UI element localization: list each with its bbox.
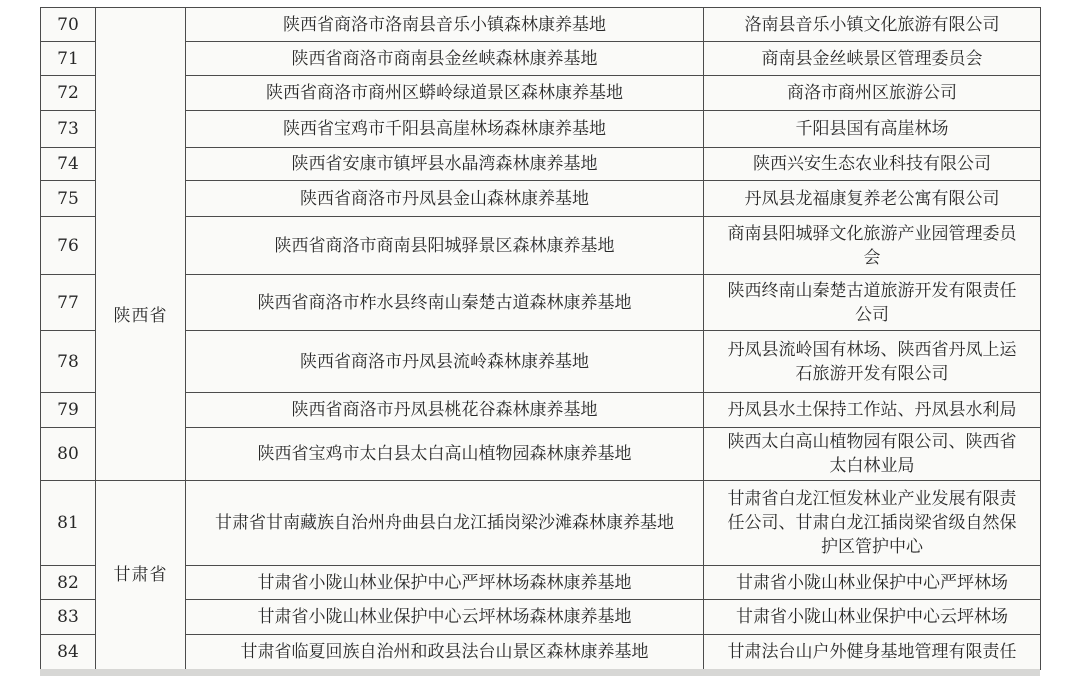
base-name-cell: 陕西省商洛市柞水县终南山秦楚古道森林康养基地 [186, 275, 704, 331]
row-number-cell: 77 [41, 275, 96, 331]
operator-cell: 甘肃省小陇山林业保护中心云坪林场 [704, 600, 1041, 635]
base-name-cell: 甘肃省临夏回族自治州和政县法台山景区森林康养基地 [186, 635, 704, 670]
table-row: 80陕西省宝鸡市太白县太白高山植物园森林康养基地陕西太白高山植物园有限公司、陕西… [41, 428, 1041, 481]
row-number-cell: 73 [41, 111, 96, 148]
base-name-cell: 陕西省商洛市丹凤县流岭森林康养基地 [186, 331, 704, 393]
table-row: 71陕西省商洛市商南县金丝峡森林康养基地商南县金丝峡景区管理委员会 [41, 42, 1041, 76]
operator-cell: 洛南县音乐小镇文化旅游有限公司 [704, 8, 1041, 42]
document-page: 70陕西省陕西省商洛市洛南县音乐小镇森林康养基地洛南县音乐小镇文化旅游有限公司7… [0, 0, 1080, 676]
operator-cell: 商洛市商州区旅游公司 [704, 76, 1041, 111]
base-name-cell: 陕西省商洛市商州区蟒岭绿道景区森林康养基地 [186, 76, 704, 111]
operator-cell: 陕西兴安生态农业科技有限公司 [704, 148, 1041, 181]
row-number-cell: 83 [41, 600, 96, 635]
row-number-cell: 81 [41, 481, 96, 566]
table-row: 73陕西省宝鸡市千阳县高崖林场森林康养基地千阳县国有高崖林场 [41, 111, 1041, 148]
base-name-cell: 陕西省商洛市商南县金丝峡森林康养基地 [186, 42, 704, 76]
row-number-cell: 79 [41, 393, 96, 428]
operator-cell: 商南县金丝峡景区管理委员会 [704, 42, 1041, 76]
operator-cell: 甘肃省白龙江恒发林业产业发展有限责任公司、甘肃白龙江插岗梁省级自然保护区管护中心 [704, 481, 1041, 566]
operator-cell: 陕西太白高山植物园有限公司、陕西省太白林业局 [704, 428, 1041, 481]
table-row: 77陕西省商洛市柞水县终南山秦楚古道森林康养基地陕西终南山秦楚古道旅游开发有限责… [41, 275, 1041, 331]
row-number-cell: 74 [41, 148, 96, 181]
base-name-cell: 甘肃省小陇山林业保护中心云坪林场森林康养基地 [186, 600, 704, 635]
province-cell: 陕西省 [96, 8, 186, 481]
table-body: 70陕西省陕西省商洛市洛南县音乐小镇森林康养基地洛南县音乐小镇文化旅游有限公司7… [41, 8, 1041, 670]
row-number-cell: 71 [41, 42, 96, 76]
table-row: 84甘肃省临夏回族自治州和政县法台山景区森林康养基地甘肃法台山户外健身基地管理有… [41, 635, 1041, 670]
table-row: 70陕西省陕西省商洛市洛南县音乐小镇森林康养基地洛南县音乐小镇文化旅游有限公司 [41, 8, 1041, 42]
row-number-cell: 75 [41, 181, 96, 217]
table-row: 83甘肃省小陇山林业保护中心云坪林场森林康养基地甘肃省小陇山林业保护中心云坪林场 [41, 600, 1041, 635]
base-name-cell: 陕西省宝鸡市千阳县高崖林场森林康养基地 [186, 111, 704, 148]
operator-cell: 丹凤县水土保持工作站、丹凤县水利局 [704, 393, 1041, 428]
operator-cell: 千阳县国有高崖林场 [704, 111, 1041, 148]
base-name-cell: 陕西省商洛市洛南县音乐小镇森林康养基地 [186, 8, 704, 42]
base-name-cell: 陕西省商洛市丹凤县桃花谷森林康养基地 [186, 393, 704, 428]
row-number-cell: 76 [41, 217, 96, 275]
operator-cell: 陕西终南山秦楚古道旅游开发有限责任公司 [704, 275, 1041, 331]
base-name-cell: 陕西省宝鸡市太白县太白高山植物园森林康养基地 [186, 428, 704, 481]
province-cell: 甘肃省 [96, 481, 186, 670]
row-number-cell: 78 [41, 331, 96, 393]
cut-off-row-remnant [40, 669, 1040, 676]
base-name-cell: 陕西省安康市镇坪县水晶湾森林康养基地 [186, 148, 704, 181]
operator-cell: 丹凤县流岭国有林场、陕西省丹凤上运石旅游开发有限公司 [704, 331, 1041, 393]
table-row: 75陕西省商洛市丹凤县金山森林康养基地丹凤县龙福康复养老公寓有限公司 [41, 181, 1041, 217]
operator-cell: 商南县阳城驿文化旅游产业园管理委员会 [704, 217, 1041, 275]
base-name-cell: 陕西省商洛市丹凤县金山森林康养基地 [186, 181, 704, 217]
operator-cell: 甘肃法台山户外健身基地管理有限责任 [704, 635, 1041, 670]
base-name-cell: 甘肃省小陇山林业保护中心严坪林场森林康养基地 [186, 566, 704, 600]
table-row: 79陕西省商洛市丹凤县桃花谷森林康养基地丹凤县水土保持工作站、丹凤县水利局 [41, 393, 1041, 428]
row-number-cell: 72 [41, 76, 96, 111]
table-row: 72陕西省商洛市商州区蟒岭绿道景区森林康养基地商洛市商州区旅游公司 [41, 76, 1041, 111]
base-name-cell: 甘肃省甘南藏族自治州舟曲县白龙江插岗梁沙滩森林康养基地 [186, 481, 704, 566]
forest-wellness-base-table: 70陕西省陕西省商洛市洛南县音乐小镇森林康养基地洛南县音乐小镇文化旅游有限公司7… [40, 7, 1041, 670]
table-row: 82甘肃省小陇山林业保护中心严坪林场森林康养基地甘肃省小陇山林业保护中心严坪林场 [41, 566, 1041, 600]
base-name-cell: 陕西省商洛市商南县阳城驿景区森林康养基地 [186, 217, 704, 275]
table-row: 81甘肃省甘肃省甘南藏族自治州舟曲县白龙江插岗梁沙滩森林康养基地甘肃省白龙江恒发… [41, 481, 1041, 566]
table-row: 76陕西省商洛市商南县阳城驿景区森林康养基地商南县阳城驿文化旅游产业园管理委员会 [41, 217, 1041, 275]
operator-cell: 丹凤县龙福康复养老公寓有限公司 [704, 181, 1041, 217]
row-number-cell: 82 [41, 566, 96, 600]
table-row: 78陕西省商洛市丹凤县流岭森林康养基地丹凤县流岭国有林场、陕西省丹凤上运石旅游开… [41, 331, 1041, 393]
row-number-cell: 84 [41, 635, 96, 670]
table-row: 74陕西省安康市镇坪县水晶湾森林康养基地陕西兴安生态农业科技有限公司 [41, 148, 1041, 181]
row-number-cell: 70 [41, 8, 96, 42]
row-number-cell: 80 [41, 428, 96, 481]
operator-cell: 甘肃省小陇山林业保护中心严坪林场 [704, 566, 1041, 600]
